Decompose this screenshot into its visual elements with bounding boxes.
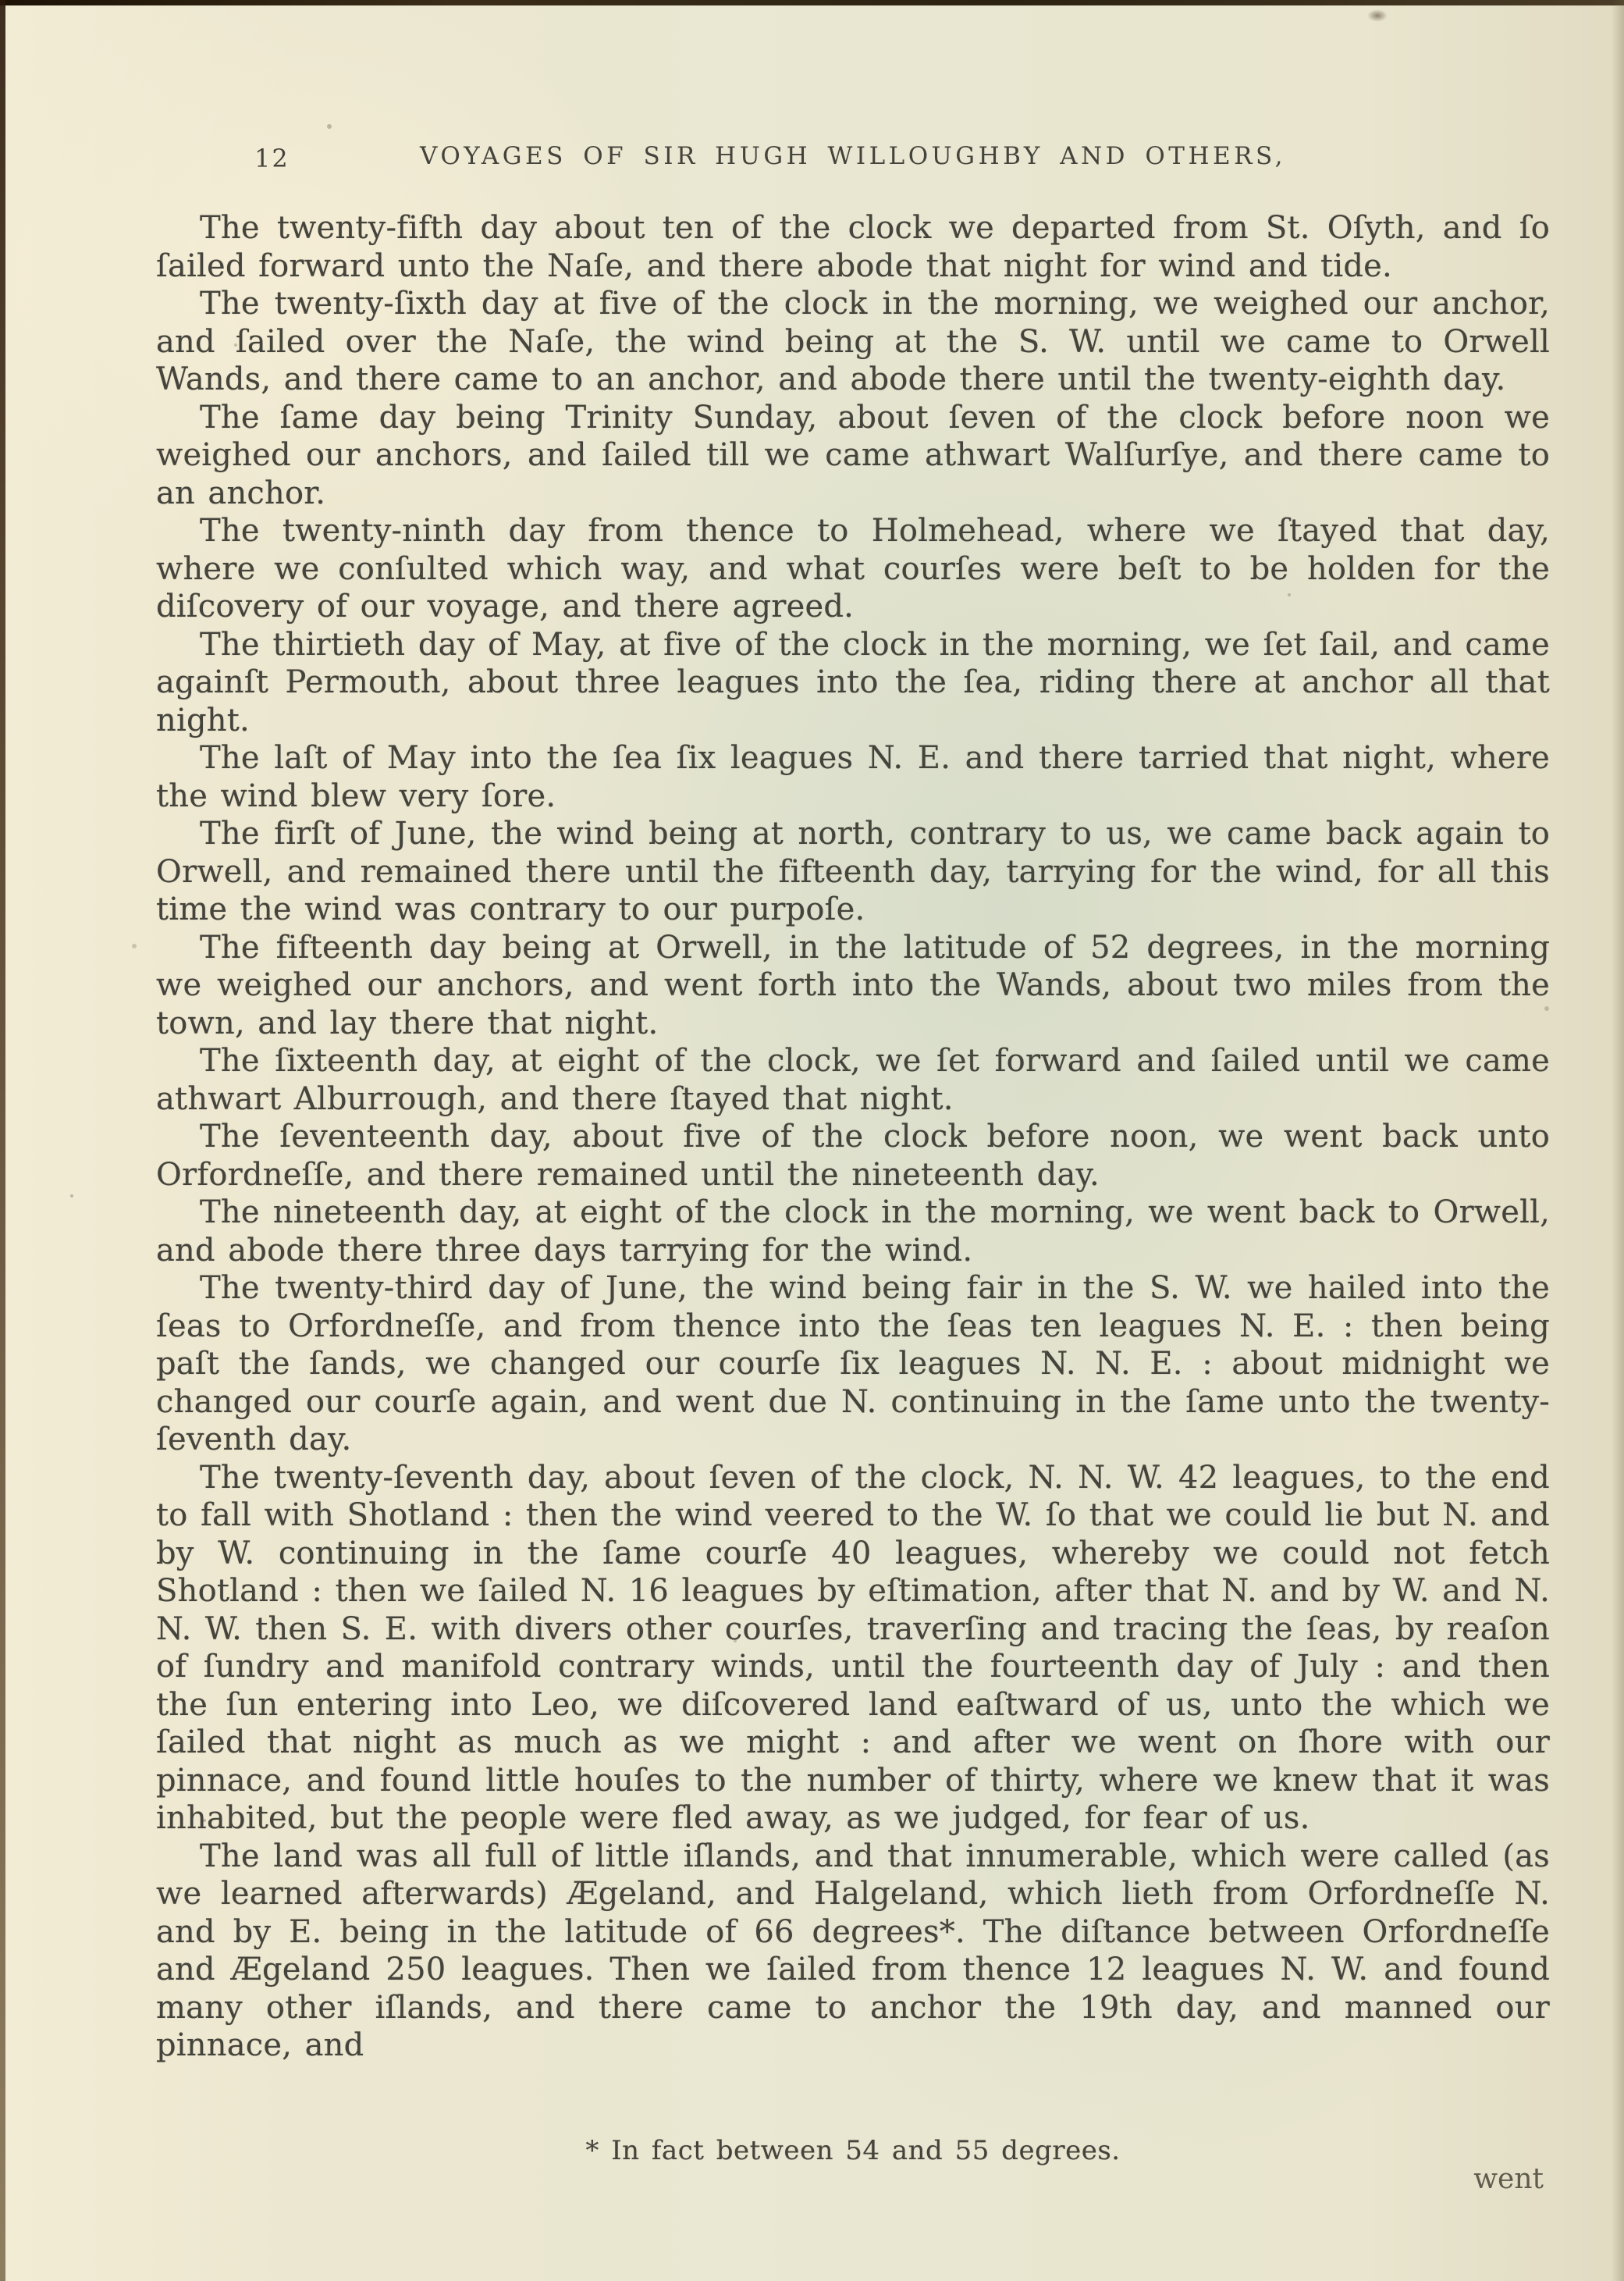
paragraph: The twenty-ſeventh day, about ſeven of t… (156, 1459, 1550, 1838)
paragraph: The land was all full of little iſlands,… (156, 1838, 1550, 2065)
paragraph: The fifteenth day being at Orwell, in th… (156, 929, 1550, 1043)
paragraph: The twenty-ninth day from thence to Holm… (156, 512, 1550, 626)
body-text: The twenty-fifth day about ten of the cl… (156, 209, 1550, 2065)
paragraph: The ſixteenth day, at eight of the clock… (156, 1042, 1550, 1118)
paragraph: The nineteenth day, at eight of the cloc… (156, 1194, 1550, 1269)
paragraph: The firſt of June, the wind being at nor… (156, 815, 1550, 929)
footnote: * In fact between 54 and 55 degrees. (156, 2135, 1550, 2166)
scan-edge-right (1612, 0, 1624, 2281)
paragraph: The thirtieth day of May, at five of the… (156, 626, 1550, 740)
scan-edge-left (0, 0, 5, 2281)
running-header: 12 VOYAGES OF SIR HUGH WILLOUGHBY AND OT… (156, 137, 1550, 187)
paper-texture (0, 0, 3, 3)
paper-blemish (1367, 9, 1388, 22)
paragraph: The ſame day being Trinity Sunday, about… (156, 399, 1550, 513)
page-number: 12 (254, 144, 290, 173)
paragraph: The twenty-ſixth day at five of the cloc… (156, 285, 1550, 399)
catchword: went (156, 2163, 1550, 2195)
paragraph: The twenty-third day of June, the wind b… (156, 1269, 1550, 1459)
scan-edge-top (0, 0, 1624, 5)
paragraph: The ſeventeenth day, about five of the c… (156, 1118, 1550, 1194)
paragraph: The twenty-fifth day about ten of the cl… (156, 209, 1550, 285)
page-content: 12 VOYAGES OF SIR HUGH WILLOUGHBY AND OT… (156, 137, 1550, 2195)
running-title: VOYAGES OF SIR HUGH WILLOUGHBY AND OTHER… (156, 137, 1550, 170)
book-page-scan: 12 VOYAGES OF SIR HUGH WILLOUGHBY AND OT… (0, 0, 1624, 2281)
paragraph: The laſt of May into the ſea ſix leagues… (156, 739, 1550, 815)
